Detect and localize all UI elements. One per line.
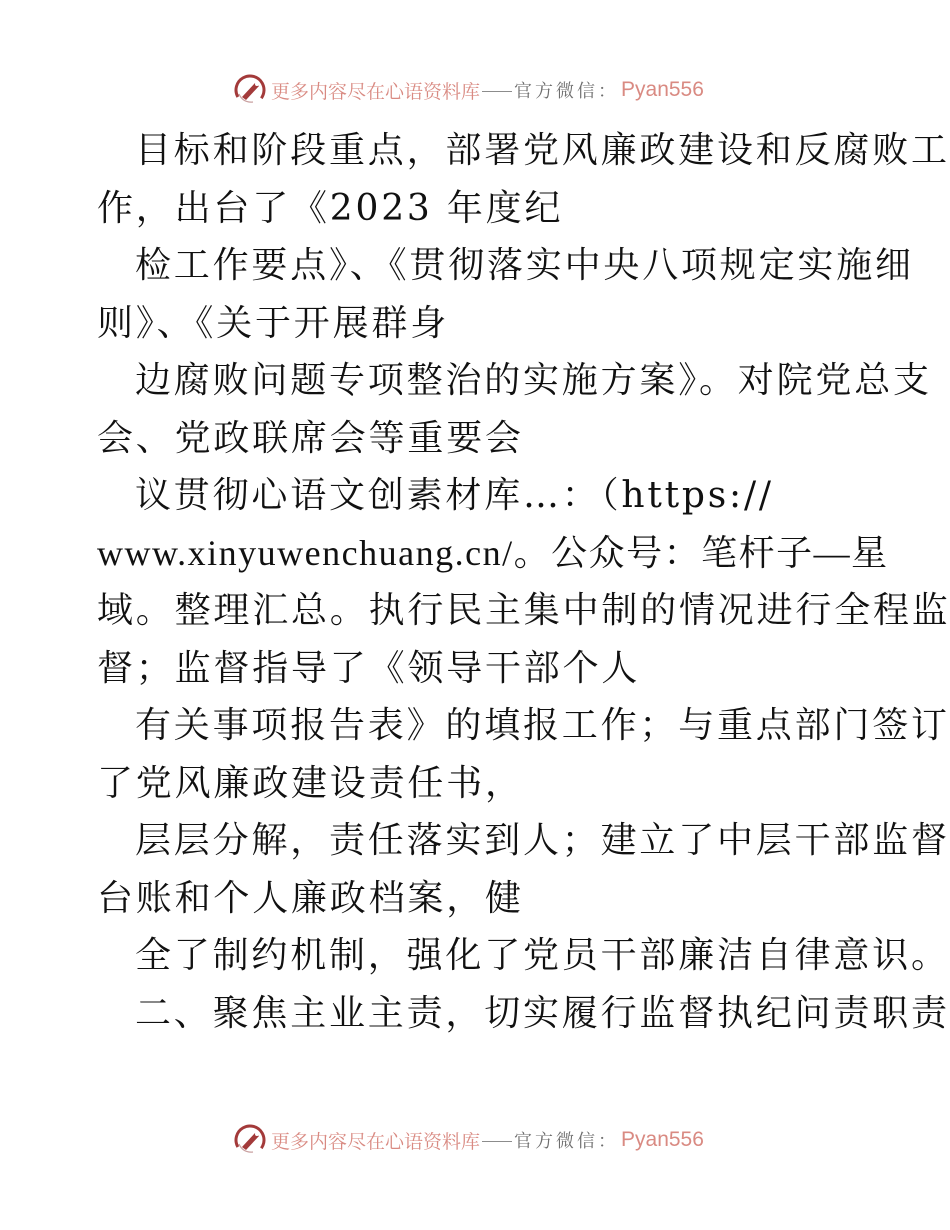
text-line: 督；监督指导了《领导干部个人 (97, 640, 857, 698)
footer-watermark: 更多内容尽在心语资料库 官方微信： Pyan556 (233, 1122, 704, 1158)
text-line-url: www.xinyuwenchuang.cn/。公众号：笔杆子—星 (97, 525, 857, 583)
header-watermark: 更多内容尽在心语资料库 官方微信： Pyan556 (233, 72, 704, 108)
text-line: 台账和个人廉政档案，健 (97, 870, 857, 928)
watermark-wechat-label: 官方微信： (514, 77, 619, 103)
text-line: 有关事项报告表》的填报工作；与重点部门签订 (97, 697, 857, 755)
document-body: 目标和阶段重点，部署党风廉政建设和反腐败工 作，出台了《2023 年度纪 检工作… (97, 122, 857, 1042)
text-line: 域。整理汇总。执行民主集中制的情况进行全程监 (97, 582, 857, 640)
watermark-wechat-label: 官方微信： (514, 1127, 619, 1153)
text-line: 边腐败问题专项整治的实施方案》。对院党总支 (97, 352, 857, 410)
text-line: 了党风廉政建设责任书， (97, 755, 857, 813)
text-line: 则》、《关于开展群身 (97, 295, 857, 353)
text-line: 议贯彻心语文创素材库…：（https:// (97, 467, 857, 525)
text-line: 目标和阶段重点，部署党风廉政建设和反腐败工 (97, 122, 857, 180)
text-line: 层层分解，责任落实到人；建立了中层干部监督 (97, 812, 857, 870)
quill-pen-logo-icon (233, 73, 267, 107)
quill-pen-logo-icon (233, 1123, 267, 1157)
text-line: 全了制约机制，强化了党员干部廉洁自律意识。 (97, 927, 857, 985)
text-line: 作，出台了《2023 年度纪 (97, 180, 857, 238)
watermark-dash-divider (482, 1141, 512, 1142)
watermark-slogan: 更多内容尽在心语资料库 (271, 77, 480, 104)
text-line: 会、党政联席会等重要会 (97, 410, 857, 468)
watermark-dash-divider (482, 91, 512, 92)
text-line: 检工作要点》、《贯彻落实中央八项规定实施细 (97, 237, 857, 295)
section-heading-line: 二、聚焦主业主责，切实履行监督执纪问责职责 (97, 985, 857, 1043)
watermark-wechat-id: Pyan556 (621, 1128, 704, 1152)
watermark-wechat-id: Pyan556 (621, 78, 704, 102)
watermark-slogan: 更多内容尽在心语资料库 (271, 1127, 480, 1154)
